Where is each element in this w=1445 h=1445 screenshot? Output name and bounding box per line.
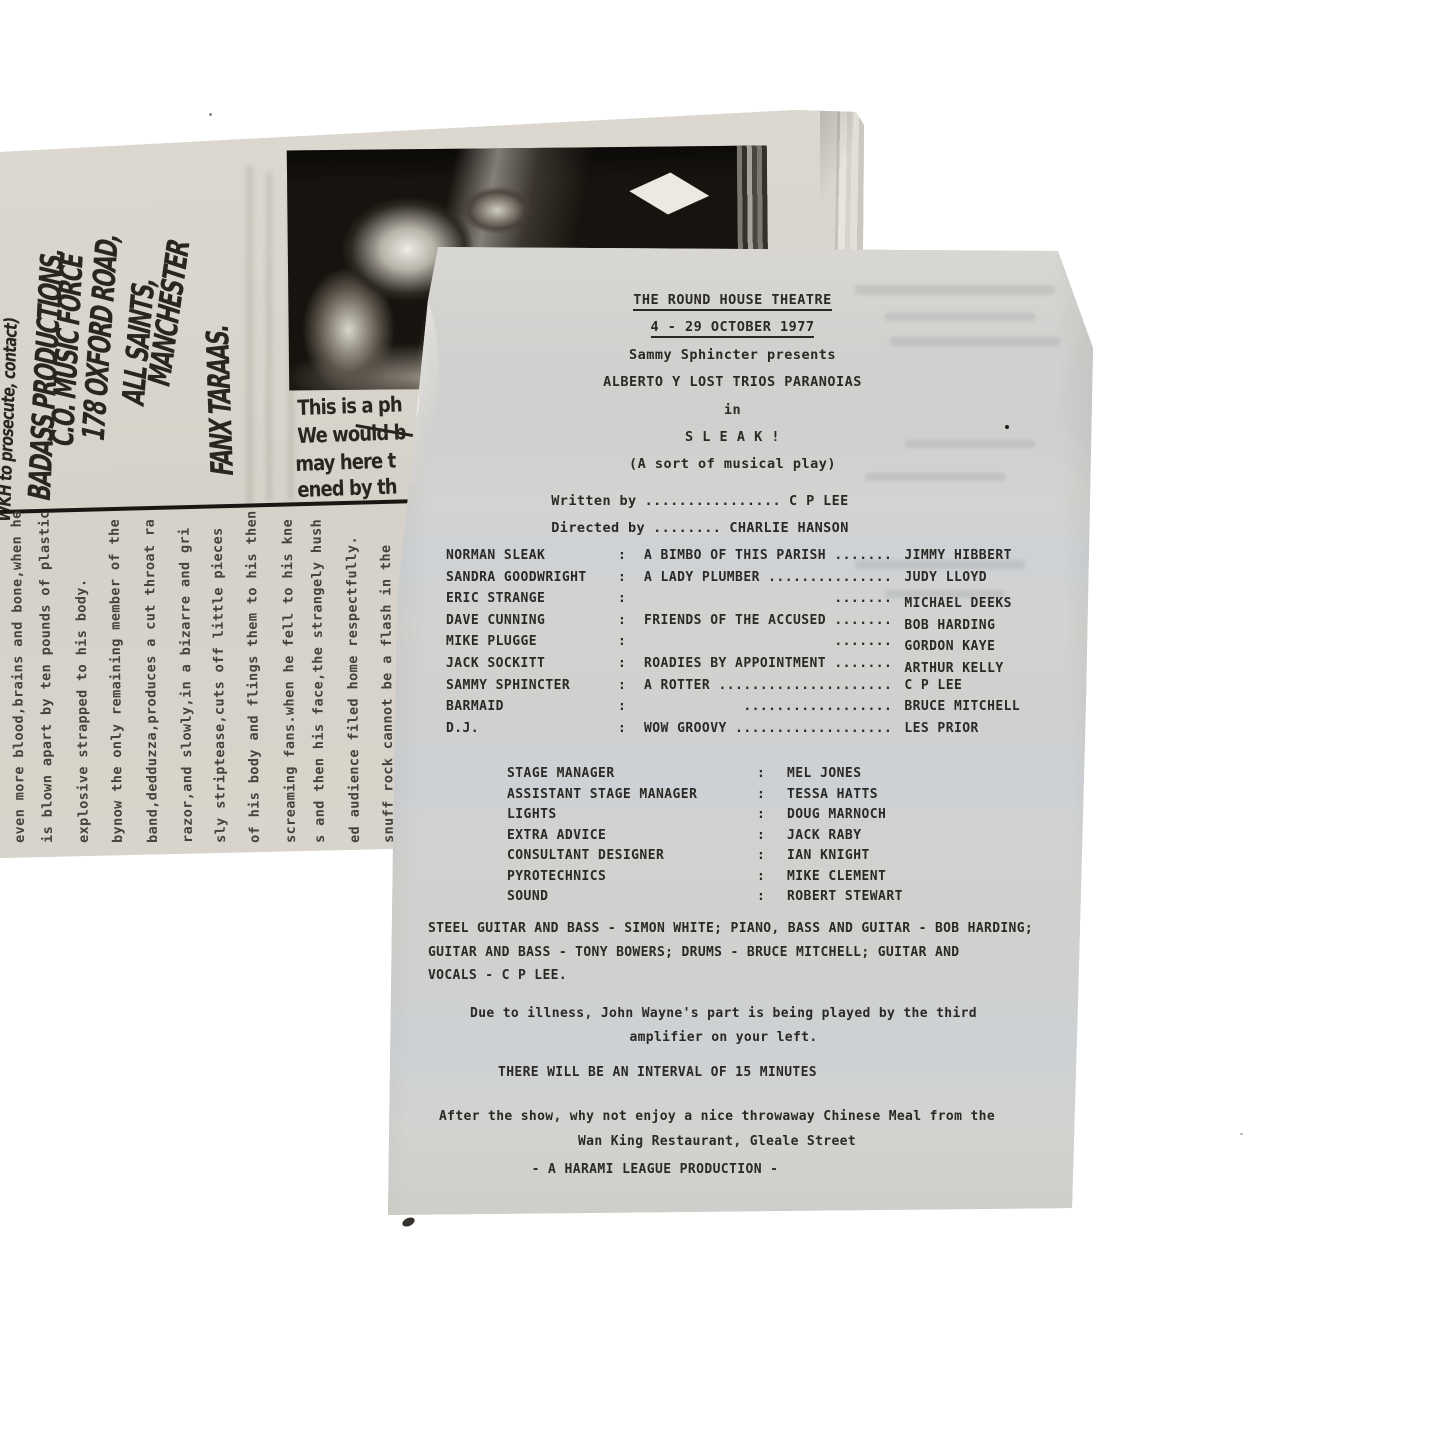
crew-list: STAGE MANAGER:MEL JONES ASSISTANT STAGE … xyxy=(507,766,1067,910)
article-line: even more blood,brains and bone,when he xyxy=(9,511,30,843)
article-line: band,dedduzza,produces a cut throat ra xyxy=(142,511,163,843)
cast-row: BARMAID: ..................BRUCE MITCHEL… xyxy=(446,699,1066,721)
theatre-title-line: THE ROUND HOUSE THEATRE xyxy=(415,287,1050,314)
crew-row: LIGHTS:DOUG MARNOCH xyxy=(507,807,1067,828)
musicians-line: STEEL GUITAR AND BASS - SIMON WHITE; PIA… xyxy=(428,917,1068,941)
cast-character: MIKE PLUGGE xyxy=(446,634,618,649)
crew-name: TESSA HATTS xyxy=(787,787,878,808)
cast-colon: : xyxy=(618,656,644,671)
bleed-through-text xyxy=(246,165,253,505)
directed-by-line: Directed by........CHARLIE HANSON xyxy=(415,515,985,542)
page-fold-shadow xyxy=(820,110,854,205)
in-word: in xyxy=(415,397,1050,424)
crew-colon: : xyxy=(757,869,787,890)
cast-role-dots: .................. xyxy=(644,699,892,714)
after-show-note: After the show, why not enjoy a nice thr… xyxy=(411,1105,1023,1154)
band-name: ALBERTO Y LOST TRIOS PARANOIAS xyxy=(415,369,1050,396)
bleed-through-text xyxy=(266,172,272,502)
crew-name: ROBERT STEWART xyxy=(787,889,903,910)
cast-row: ERIC STRANGE: .......MICHAEL DEEKS xyxy=(446,591,1066,613)
cast-character: ERIC STRANGE xyxy=(446,591,618,606)
cast-colon: : xyxy=(618,570,644,585)
musicians-line: VOCALS - C P LEE. xyxy=(428,964,1068,988)
cast-row: D.J.:WOW GROOVY ...................LES P… xyxy=(446,721,1066,743)
cast-row: SANDRA GOODWRIGHT:A LADY PLUMBER .......… xyxy=(446,570,1066,592)
crew-role: ASSISTANT STAGE MANAGER xyxy=(507,787,757,808)
cast-row: SAMMY SPHINCTER:A ROTTER ...............… xyxy=(446,678,1066,700)
show-title: S L E A K ! xyxy=(415,424,1050,451)
cast-colon: : xyxy=(618,634,644,649)
programme-header: THE ROUND HOUSE THEATRE 4 - 29 OCTOBER 1… xyxy=(415,287,1050,479)
cast-character: SAMMY SPHINCTER xyxy=(446,678,618,693)
crew-colon: : xyxy=(757,807,787,828)
cast-colon: : xyxy=(618,699,644,714)
photo-caption-line: We would b xyxy=(297,420,406,448)
cast-row: JACK SOCKITT:ROADIES BY APPOINTMENT ....… xyxy=(446,656,1066,678)
article-line: ed audience filed home respectfully. xyxy=(344,511,365,843)
musicians-paragraph: STEEL GUITAR AND BASS - SIMON WHITE; PIA… xyxy=(428,917,1068,988)
written-by-label: Written by xyxy=(551,493,636,509)
illness-notice-line: Due to illness, John Wayne's part is bei… xyxy=(411,1002,1036,1026)
article-line: is blown apart by ten pounds of plastic xyxy=(37,511,58,843)
crew-role: EXTRA ADVICE xyxy=(507,828,757,849)
show-subtitle: (A sort of musical play) xyxy=(415,451,1050,478)
cast-character: DAVE CUNNING xyxy=(446,613,618,628)
cast-colon: : xyxy=(618,721,644,736)
cast-colon: : xyxy=(618,591,644,606)
cast-actor: JIMMY HIBBERT xyxy=(904,548,1012,563)
article-line: of his body and flings them to his then xyxy=(244,511,265,843)
cast-role-dots: ....... xyxy=(644,634,892,649)
article-line: explosive strapped to his body. xyxy=(73,511,94,843)
article-line: screaming fans.when he fell to his kne xyxy=(280,511,301,843)
article-line: sly striptease,cuts off little pieces xyxy=(210,511,231,843)
cast-actor: BRUCE MITCHELL xyxy=(904,699,1020,714)
cast-colon: : xyxy=(618,678,644,693)
crew-row: CONSULTANT DESIGNER:IAN KNIGHT xyxy=(507,848,1067,869)
illness-notice-line: amplifier on your left. xyxy=(411,1026,1036,1050)
after-show-line: Wan King Restaurant, Gleale Street xyxy=(411,1130,1023,1155)
crew-colon: : xyxy=(757,787,787,808)
musicians-line: GUITAR AND BASS - TONY BOWERS; DRUMS - B… xyxy=(428,941,1068,965)
theatre-title: THE ROUND HOUSE THEATRE xyxy=(633,292,831,311)
cast-actor: BOB HARDING xyxy=(904,618,995,633)
crew-role: STAGE MANAGER xyxy=(507,766,757,787)
cast-actor: LES PRIOR xyxy=(904,721,979,736)
cast-colon: : xyxy=(618,548,644,563)
photo-caption-line: may here t xyxy=(295,449,396,476)
written-by-line: Written by................C P LEE xyxy=(415,488,985,515)
cast-character: NORMAN SLEAK xyxy=(446,548,618,563)
photo-caption-line: This is a ph xyxy=(297,392,402,420)
crew-row: STAGE MANAGER:MEL JONES xyxy=(507,766,1067,787)
article-line: razor,and slowly,in a bizarre and gri xyxy=(177,511,198,843)
photo-caption-line: ened by th xyxy=(297,475,397,502)
cast-row: DAVE CUNNING:FRIENDS OF THE ACCUSED ....… xyxy=(446,613,1066,635)
crew-colon: : xyxy=(757,889,787,910)
illness-notice: Due to illness, John Wayne's part is bei… xyxy=(411,1002,1036,1050)
cast-character: D.J. xyxy=(446,721,618,736)
diamond-shape-in-photo xyxy=(628,170,710,217)
interval-notice: THERE WILL BE AN INTERVAL OF 15 MINUTES xyxy=(385,1065,930,1080)
crew-row: EXTRA ADVICE:JACK RABY xyxy=(507,828,1067,849)
cast-row: NORMAN SLEAK:A BIMBO OF THIS PARISH ....… xyxy=(446,548,1066,570)
directed-by-dots: ........ xyxy=(653,520,721,536)
ink-speck xyxy=(401,1216,416,1229)
crew-name: JACK RABY xyxy=(787,828,862,849)
cast-role-dots: ROADIES BY APPOINTMENT ....... xyxy=(644,656,892,671)
scanned-documents: WKH to prosecute, contact) BADASS PRODUC… xyxy=(0,0,1445,1445)
cast-role-dots: A BIMBO OF THIS PARISH ....... xyxy=(644,548,892,563)
directed-by-label: Directed by xyxy=(551,520,645,536)
handwritten-corner-note: WKH to prosecute, contact) xyxy=(0,316,22,524)
handwritten-signoff: FANX TARAAS. xyxy=(200,323,241,478)
directed-by-name: CHARLIE HANSON xyxy=(729,520,848,536)
dust-speck xyxy=(209,113,212,116)
writer-director-credits: Written by................C P LEE Direct… xyxy=(415,488,985,542)
after-show-line: After the show, why not enjoy a nice thr… xyxy=(411,1105,1023,1130)
cast-character: BARMAID xyxy=(446,699,618,714)
cast-role-dots: A ROTTER ..................... xyxy=(644,678,892,693)
cast-actor: C P LEE xyxy=(904,678,962,693)
crew-name: MEL JONES xyxy=(787,766,862,787)
cast-list: NORMAN SLEAK:A BIMBO OF THIS PARISH ....… xyxy=(446,548,1066,742)
crew-row: ASSISTANT STAGE MANAGER:TESSA HATTS xyxy=(507,787,1067,808)
programme-page: THE ROUND HOUSE THEATRE 4 - 29 OCTOBER 1… xyxy=(385,245,1097,1220)
cast-role-dots: WOW GROOVY ................... xyxy=(644,721,892,736)
crew-name: DOUG MARNOCH xyxy=(787,807,886,828)
article-line: s and then his face,the strangely hush xyxy=(309,511,330,843)
cast-actor: ARTHUR KELLY xyxy=(904,661,1003,676)
crew-role: LIGHTS xyxy=(507,807,757,828)
dust-speck xyxy=(1240,1133,1243,1135)
cast-actor: GORDON KAYE xyxy=(904,639,995,654)
crew-row: PYROTECHNICS:MIKE CLEMENT xyxy=(507,869,1067,890)
crew-row: SOUND:ROBERT STEWART xyxy=(507,889,1067,910)
crew-role: CONSULTANT DESIGNER xyxy=(507,848,757,869)
handwritten-address-line: MANCHESTER xyxy=(142,236,197,392)
crew-name: MIKE CLEMENT xyxy=(787,869,886,890)
dates-line: 4 - 29 OCTOBER 1977 xyxy=(415,314,1050,341)
cast-role-dots: A LADY PLUMBER ............... xyxy=(644,570,892,585)
crew-colon: : xyxy=(757,848,787,869)
cast-colon: : xyxy=(618,613,644,628)
production-credit: - A HARAMI LEAGUE PRODUCTION - xyxy=(385,1162,925,1177)
article-line: bynow the only remaining member of the xyxy=(107,511,128,843)
cast-role-dots: FRIENDS OF THE ACCUSED ....... xyxy=(644,613,892,628)
written-by-name: C P LEE xyxy=(789,493,849,509)
crew-colon: : xyxy=(757,766,787,787)
crew-name: IAN KNIGHT xyxy=(787,848,870,869)
cast-character: SANDRA GOODWRIGHT xyxy=(446,570,618,585)
presenter-line: Sammy Sphincter presents xyxy=(415,342,1050,369)
written-by-dots: ................ xyxy=(645,493,781,509)
crew-role: SOUND xyxy=(507,889,757,910)
cast-character: JACK SOCKITT xyxy=(446,656,618,671)
cast-role-dots: ....... xyxy=(644,591,892,606)
cast-actor: JUDY LLOYD xyxy=(904,570,987,585)
cast-actor: MICHAEL DEEKS xyxy=(904,596,1012,611)
cast-row: MIKE PLUGGE: .......GORDON KAYE xyxy=(446,634,1066,656)
crew-colon: : xyxy=(757,828,787,849)
crew-role: PYROTECHNICS xyxy=(507,869,757,890)
show-dates: 4 - 29 OCTOBER 1977 xyxy=(651,319,815,338)
